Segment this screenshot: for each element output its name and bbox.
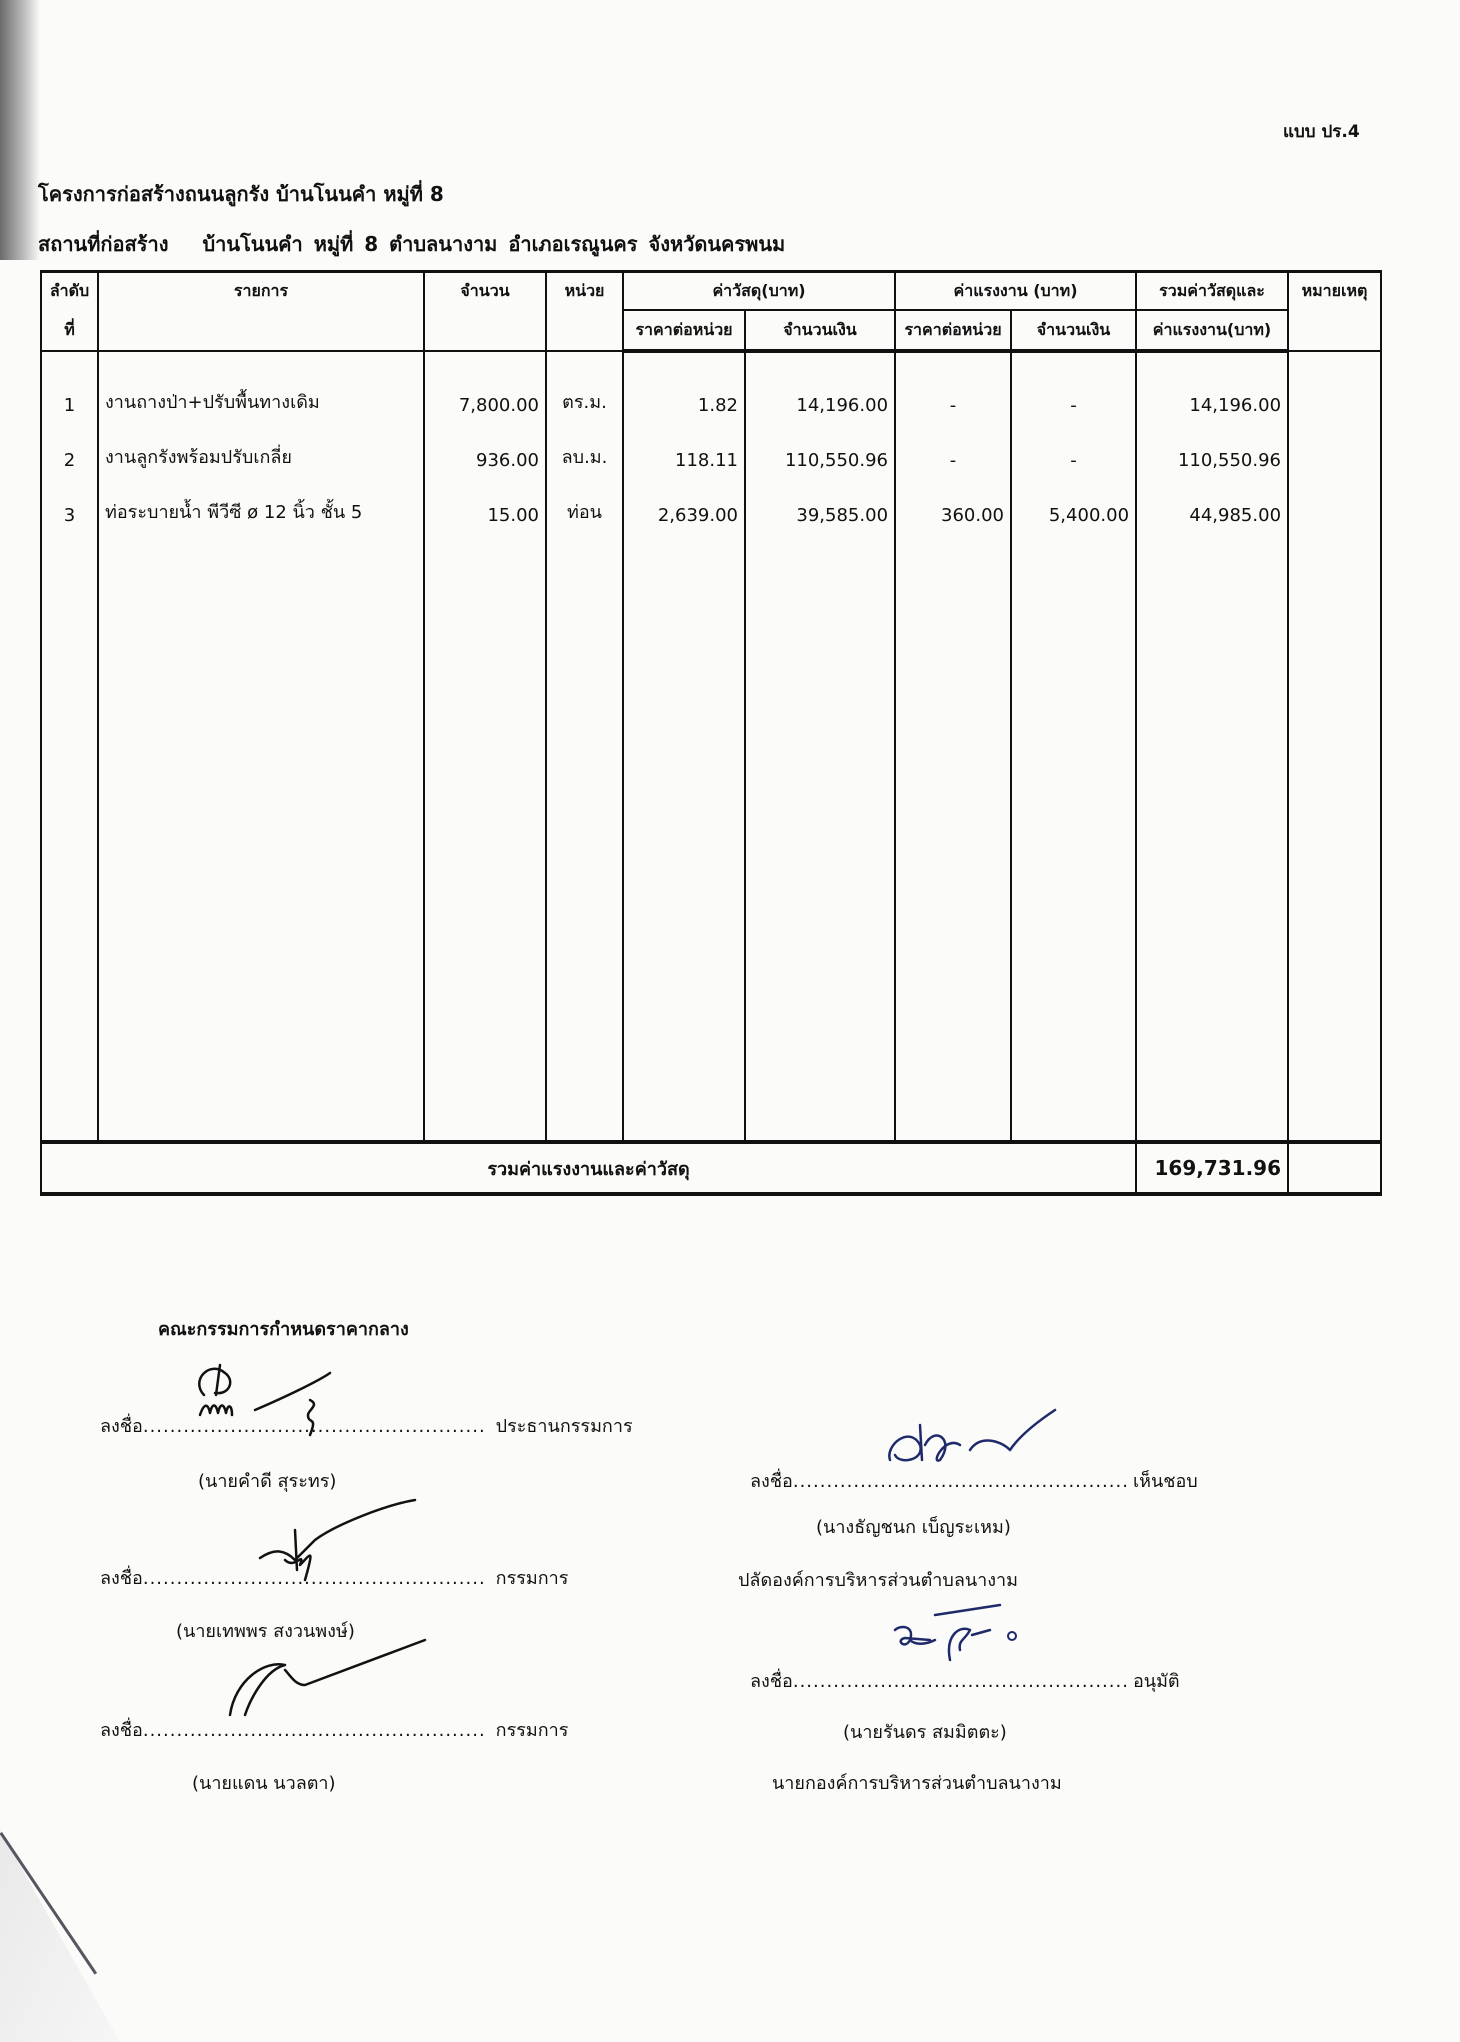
name-member-2: (นายแดน นวลตา) xyxy=(192,1768,336,1797)
cell-lab-amount: - xyxy=(1011,420,1136,475)
cell-qty: 15.00 xyxy=(424,475,546,530)
cell-lab-unit-price: - xyxy=(895,420,1011,475)
name-approver: (นายรันดร สมมิตตะ) xyxy=(843,1717,1007,1746)
cell-total: 110,550.96 xyxy=(1136,420,1288,475)
committee-heading: คณะกรรมการกำหนดราคากลาง xyxy=(158,1314,409,1343)
empty-rows-area xyxy=(41,530,1381,1142)
table-row: 2งานลูกรังพร้อมปรับเกลี่ย936.00ลบ.ม.118.… xyxy=(41,420,1381,475)
header-unit: หน่วย xyxy=(546,272,623,352)
header-mat-amount: จำนวนเงิน xyxy=(745,310,895,351)
cell-remark xyxy=(1288,365,1381,420)
signature-chair xyxy=(180,1355,400,1465)
header-lab-amount: จำนวนเงิน xyxy=(1011,310,1136,351)
signature-endorser xyxy=(880,1405,1080,1485)
location-line: สถานที่ก่อสร้างบ้านโนนคำ หมู่ที่ 8 ตำบลน… xyxy=(38,228,785,260)
header-mat-unit-price: ราคาต่อหน่วย xyxy=(623,310,745,351)
header-material: ค่าวัสดุ(บาท) xyxy=(623,272,895,311)
header-remark: หมายเหตุ xyxy=(1288,272,1381,352)
cell-lab-unit-price: 360.00 xyxy=(895,475,1011,530)
bill-of-quantities-table: ลำดับที่ รายการ จำนวน หน่วย ค่าวัสดุ(บาท… xyxy=(40,270,1382,1196)
cell-unit: ตร.ม. xyxy=(546,365,623,420)
scan-shadow xyxy=(0,0,40,260)
cell-unit: ท่อน xyxy=(546,475,623,530)
cell-mat-amount: 110,550.96 xyxy=(745,420,895,475)
cell-mat-unit-price: 1.82 xyxy=(623,365,745,420)
grand-total-label: รวมค่าแรงงานและค่าวัสดุ xyxy=(41,1142,1136,1194)
header-qty: จำนวน xyxy=(424,272,546,352)
cell-mat-unit-price: 2,639.00 xyxy=(623,475,745,530)
header-labor: ค่าแรงงาน (บาท) xyxy=(895,272,1136,311)
table-row: 3ท่อระบายน้ำ พีวีซี ø 12 นิ้ว ชั้น 515.0… xyxy=(41,475,1381,530)
cell-qty: 7,800.00 xyxy=(424,365,546,420)
cell-mat-unit-price: 118.11 xyxy=(623,420,745,475)
cell-lab-amount: 5,400.00 xyxy=(1011,475,1136,530)
cell-no: 1 xyxy=(41,365,98,420)
form-code: แบบ ปร.4 xyxy=(1283,118,1360,145)
header-no: ลำดับที่ xyxy=(41,272,98,352)
table-row: 1งานถางป่า+ปรับพื้นทางเดิม7,800.00ตร.ม.1… xyxy=(41,365,1381,420)
cell-remark xyxy=(1288,475,1381,530)
position-endorser: ปลัดองค์การบริหารส่วนตำบลนางาม xyxy=(738,1565,1018,1594)
cell-lab-amount: - xyxy=(1011,365,1136,420)
position-approver: นายกองค์การบริหารส่วนตำบลนางาม xyxy=(772,1768,1062,1797)
cell-item: งานถางป่า+ปรับพื้นทางเดิม xyxy=(98,365,424,420)
signature-member-2 xyxy=(225,1640,445,1730)
header-total-line1: รวมค่าวัสดุและ xyxy=(1136,272,1288,311)
header-lab-unit-price: ราคาต่อหน่วย xyxy=(895,310,1011,351)
cell-remark xyxy=(1288,420,1381,475)
signature-member-1 xyxy=(225,1500,425,1595)
name-chair: (นายคำดี สุระทร) xyxy=(198,1466,336,1495)
cell-total: 14,196.00 xyxy=(1136,365,1288,420)
signature-approver xyxy=(890,1610,1050,1680)
location-value: บ้านโนนคำ หมู่ที่ 8 ตำบลนางาม อำเภอเรณูน… xyxy=(202,232,785,256)
grand-total-value: 169,731.96 xyxy=(1136,1142,1288,1194)
cell-lab-unit-price: - xyxy=(895,365,1011,420)
cell-unit: ลบ.ม. xyxy=(546,420,623,475)
cell-no: 3 xyxy=(41,475,98,530)
cell-total: 44,985.00 xyxy=(1136,475,1288,530)
project-title: โครงการก่อสร้างถนนลูกรัง บ้านโนนคำ หมู่ท… xyxy=(38,178,444,210)
header-total-line2: ค่าแรงงาน(บาท) xyxy=(1136,310,1288,351)
location-label: สถานที่ก่อสร้าง xyxy=(38,232,168,256)
cell-no: 2 xyxy=(41,420,98,475)
grand-total-remark xyxy=(1288,1142,1381,1194)
cell-mat-amount: 39,585.00 xyxy=(745,475,895,530)
cell-qty: 936.00 xyxy=(424,420,546,475)
cell-item: งานลูกรังพร้อมปรับเกลี่ย xyxy=(98,420,424,475)
cell-mat-amount: 14,196.00 xyxy=(745,365,895,420)
cell-item: ท่อระบายน้ำ พีวีซี ø 12 นิ้ว ชั้น 5 xyxy=(98,475,424,530)
header-item: รายการ xyxy=(98,272,424,352)
name-endorser: (นางธัญชนก เบ็ญระเหม) xyxy=(816,1512,1011,1541)
